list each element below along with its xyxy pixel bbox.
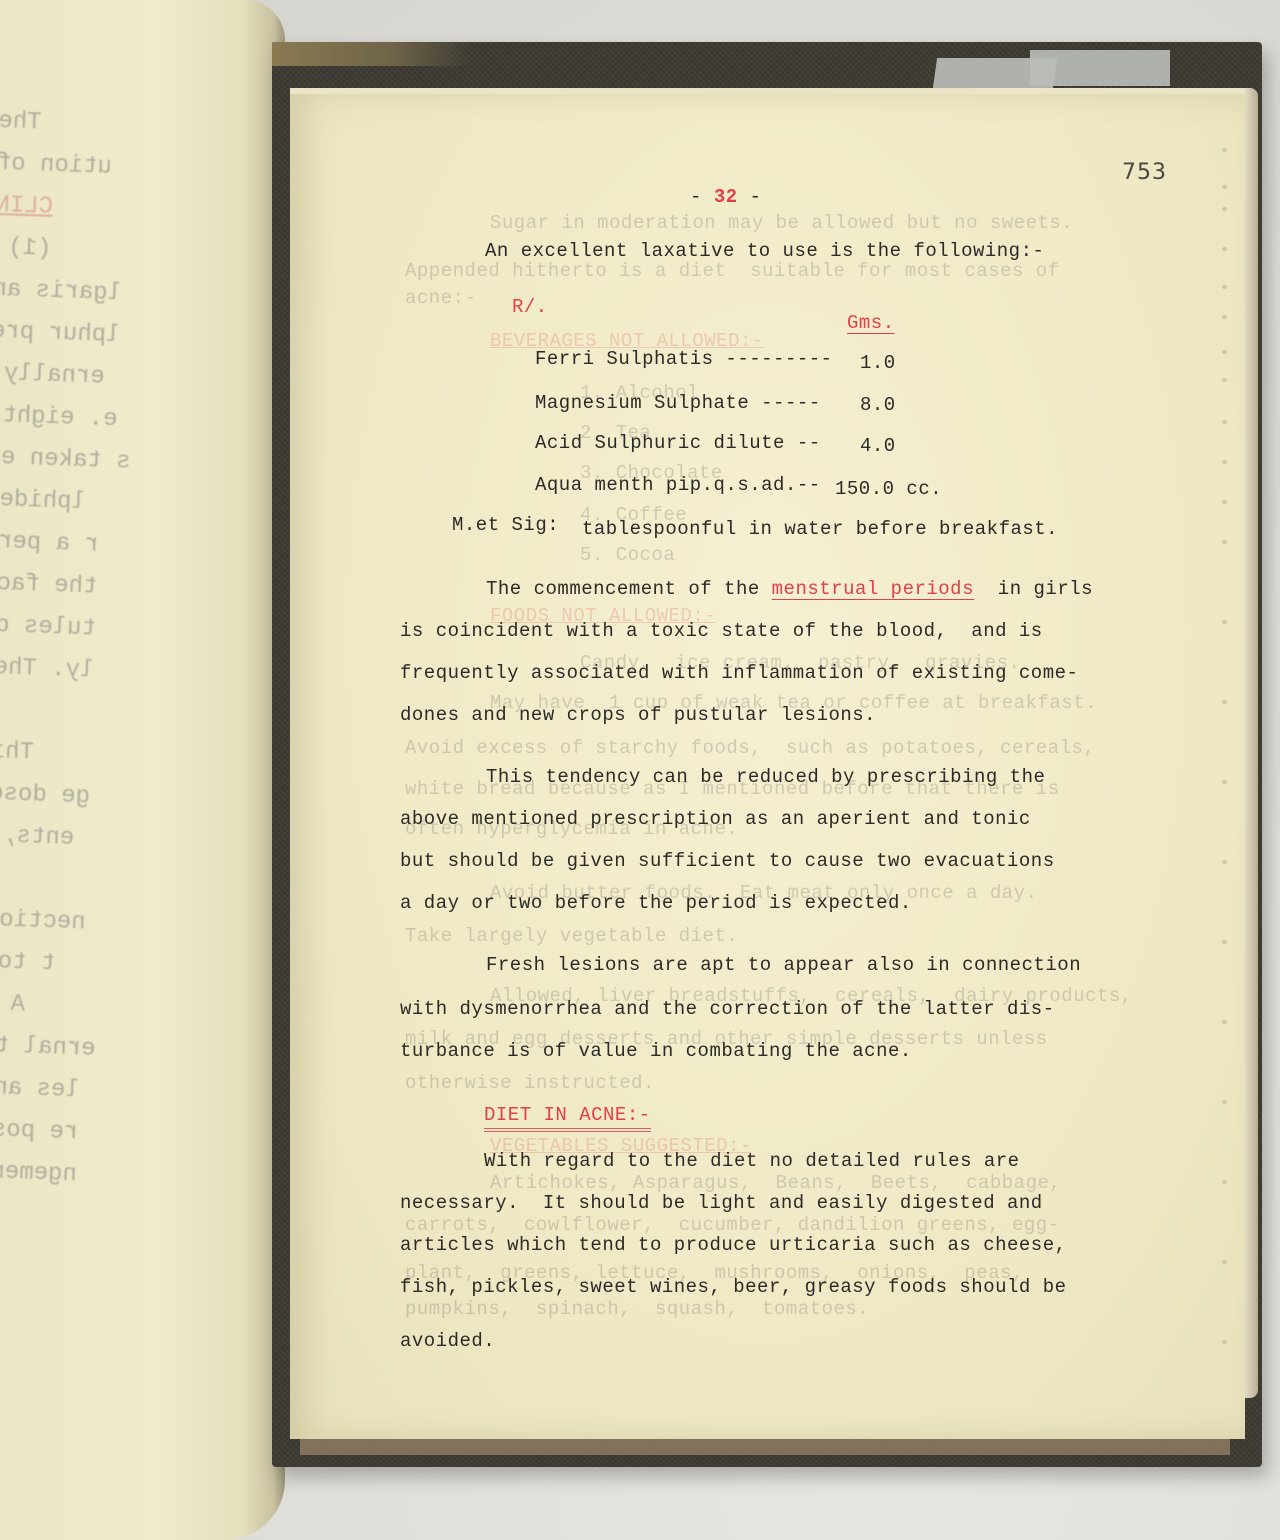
- page-number-value: 32: [714, 186, 738, 208]
- paragraph-line: turbance is of value in combating the ac…: [400, 1040, 912, 1062]
- paragraph-line: The commencement of the menstrual period…: [486, 578, 1093, 600]
- intro-line: An excellent laxative to use is the foll…: [485, 240, 1044, 262]
- prescription-item-name: Magnesium Sulphate -----: [535, 392, 821, 414]
- prescription-item-name: Acid Sulphuric dilute --: [535, 432, 821, 454]
- highlighted-phrase: menstrual periods: [772, 578, 974, 600]
- paragraph-line: articles which tend to produce urticaria…: [400, 1234, 1067, 1256]
- paragraph-line: but should be given sufficient to cause …: [400, 850, 1055, 872]
- paragraph-line: avoided.: [400, 1330, 495, 1352]
- paragraph-line: necessary. It should be light and easily…: [400, 1192, 1043, 1214]
- text-run: The commencement of the: [486, 578, 772, 600]
- paragraph-line: with dysmenorrhea and the correction of …: [400, 998, 1055, 1020]
- paragraph-line: a day or two before the period is expect…: [400, 892, 912, 914]
- prescription-item-amount: 8.0: [860, 394, 896, 416]
- page-content: - 32 - 753 An excellent laxative to use …: [0, 0, 1280, 1540]
- prescription-item-amount: 1.0: [860, 352, 896, 374]
- section-heading: DIET IN ACNE:-: [484, 1104, 651, 1132]
- text-run: in girls: [974, 578, 1093, 600]
- paragraph-line: fish, pickles, sweet wines, beer, greasy…: [400, 1276, 1067, 1298]
- paragraph-line: dones and new crops of pustular lesions.: [400, 704, 876, 726]
- paragraph-line: above mentioned prescription as an aperi…: [400, 808, 1031, 830]
- page-number-dash: -: [690, 186, 714, 208]
- paragraph-line: frequently associated with inflammation …: [400, 662, 1078, 684]
- signature-text: tablespoonful in water before breakfast.: [582, 518, 1058, 540]
- handwritten-folio-number: 753: [1122, 160, 1167, 185]
- page-number: - 32 -: [690, 186, 761, 208]
- unit-header: Gms.: [847, 312, 895, 334]
- prescription-item-name: Aqua menth pip.q.s.ad.--: [535, 474, 821, 496]
- prescription-item-amount: 4.0: [860, 435, 896, 457]
- paragraph-line: This tendency can be reduced by prescrib…: [486, 766, 1045, 788]
- prescription-item-name: Ferri Sulphatis ---------: [535, 348, 833, 370]
- paragraph-line: Fresh lesions are apt to appear also in …: [486, 954, 1081, 976]
- prescription-symbol: R/.: [512, 296, 548, 318]
- paragraph-line: With regard to the diet no detailed rule…: [484, 1150, 1020, 1172]
- prescription-item-amount: 150.0 cc.: [835, 478, 942, 500]
- paragraph-line: is coincident with a toxic state of the …: [400, 620, 1043, 642]
- signature-label: M.et Sig:: [452, 514, 559, 536]
- scanned-book-scene: 3 - These disadvantages ution of one or …: [0, 0, 1280, 1540]
- page-number-dash: -: [738, 186, 762, 208]
